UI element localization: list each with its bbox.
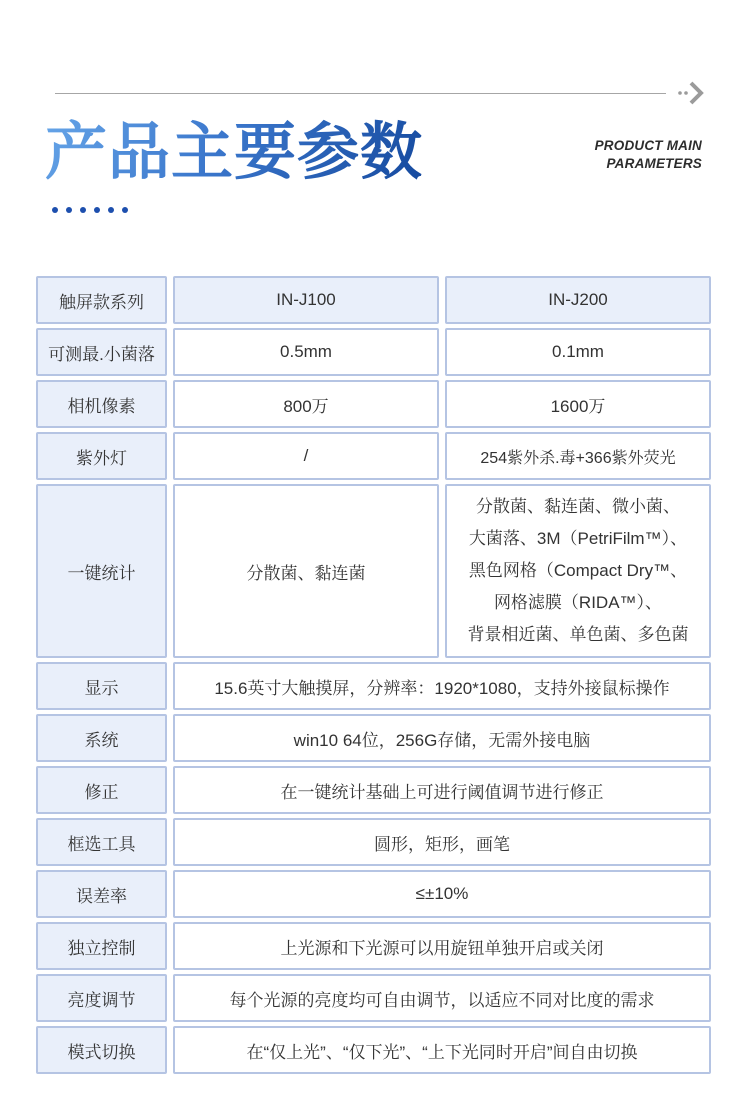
page-title: 产品主要参数 (45, 114, 423, 190)
spec-row-min-colony: 可测最.小菌落 0.5mm 0.1mm (36, 328, 711, 376)
page-subtitle-en: PRODUCT MAIN PARAMETERS (595, 137, 702, 173)
spec-label: 系统 (36, 714, 167, 762)
spec-row-one-key-count: 一键统计 分散菌、黏连菌 分散菌、黏连菌、微小菌、 大菌落、3M（PetriFi… (36, 484, 711, 658)
spec-value: 254紫外杀.毒+366紫外荧光 (445, 432, 711, 480)
spec-value: 上光源和下光源可以用旋钮单独开启或关闭 (173, 922, 711, 970)
spec-row-selection-tools: 框选工具 圆形，矩形，画笔 (36, 818, 711, 866)
spec-label: 独立控制 (36, 922, 167, 970)
divider-line (55, 93, 666, 94)
section-divider (55, 78, 706, 108)
spec-value: 0.1mm (445, 328, 711, 376)
spec-row-display: 显示 15.6英寸大触摸屏，分辨率：1920*1080，支持外接鼠标操作 (36, 662, 711, 710)
spec-row-series: 触屏款系列 IN-J100 IN-J200 (36, 276, 711, 324)
subtitle-line-2: PARAMETERS (595, 155, 702, 173)
spec-label: 修正 (36, 766, 167, 814)
dot-icon (122, 207, 128, 213)
spec-label: 紫外灯 (36, 432, 167, 480)
spec-row-brightness: 亮度调节 每个光源的亮度均可自由调节，以适应不同对比度的需求 (36, 974, 711, 1022)
spec-label: 显示 (36, 662, 167, 710)
spec-label: 相机像素 (36, 380, 167, 428)
dot-icon (94, 207, 100, 213)
title-block: 产品主要参数 PRODUCT MAIN PARAMETERS (45, 114, 702, 190)
spec-value: 在“仅上光”、“仅下光”、“上下光同时开启”间自由切换 (173, 1026, 711, 1074)
spec-row-system: 系统 win10 64位，256G存储，无需外接电脑 (36, 714, 711, 762)
spec-label: 可测最.小菌落 (36, 328, 167, 376)
spec-label: 模式切换 (36, 1026, 167, 1074)
spec-label: 亮度调节 (36, 974, 167, 1022)
spec-label: 触屏款系列 (36, 276, 167, 324)
spec-table: 触屏款系列 IN-J100 IN-J200 可测最.小菌落 0.5mm 0.1m… (30, 272, 717, 1078)
dot-icon (52, 207, 58, 213)
spec-value: win10 64位，256G存储，无需外接电脑 (173, 714, 711, 762)
spec-value: 1600万 (445, 380, 711, 428)
spec-value: ≤±10% (173, 870, 711, 918)
spec-value: 15.6英寸大触摸屏，分辨率：1920*1080，支持外接鼠标操作 (173, 662, 711, 710)
spec-label: 框选工具 (36, 818, 167, 866)
spec-value: 在一键统计基础上可进行阈值调节进行修正 (173, 766, 711, 814)
spec-row-mode-switch: 模式切换 在“仅上光”、“仅下光”、“上下光同时开启”间自由切换 (36, 1026, 711, 1074)
spec-value: / (173, 432, 439, 480)
spec-label: 一键统计 (36, 484, 167, 658)
spec-value: 800万 (173, 380, 439, 428)
dot-icon (108, 207, 114, 213)
subtitle-line-1: PRODUCT MAIN (595, 137, 702, 155)
spec-value: IN-J100 (173, 276, 439, 324)
spec-value: 分散菌、黏连菌 (173, 484, 439, 658)
dot-icon (66, 207, 72, 213)
spec-label: 误差率 (36, 870, 167, 918)
spec-row-camera: 相机像素 800万 1600万 (36, 380, 711, 428)
spec-value: 分散菌、黏连菌、微小菌、 大菌落、3M（PetriFilm™）、 黑色网格（Co… (445, 484, 711, 658)
product-parameters-page: 产品主要参数 PRODUCT MAIN PARAMETERS 触屏款系列 IN-… (0, 78, 750, 1078)
spec-value: 0.5mm (173, 328, 439, 376)
spec-row-uv-lamp: 紫外灯 / 254紫外杀.毒+366紫外荧光 (36, 432, 711, 480)
spec-value: 每个光源的亮度均可自由调节，以适应不同对比度的需求 (173, 974, 711, 1022)
double-chevron-right-icon (674, 78, 706, 108)
decorative-dots (52, 207, 750, 213)
spec-row-correction: 修正 在一键统计基础上可进行阈值调节进行修正 (36, 766, 711, 814)
spec-value: IN-J200 (445, 276, 711, 324)
spec-row-error-rate: 误差率 ≤±10% (36, 870, 711, 918)
dot-icon (80, 207, 86, 213)
spec-row-independent-control: 独立控制 上光源和下光源可以用旋钮单独开启或关闭 (36, 922, 711, 970)
spec-value: 圆形，矩形，画笔 (173, 818, 711, 866)
